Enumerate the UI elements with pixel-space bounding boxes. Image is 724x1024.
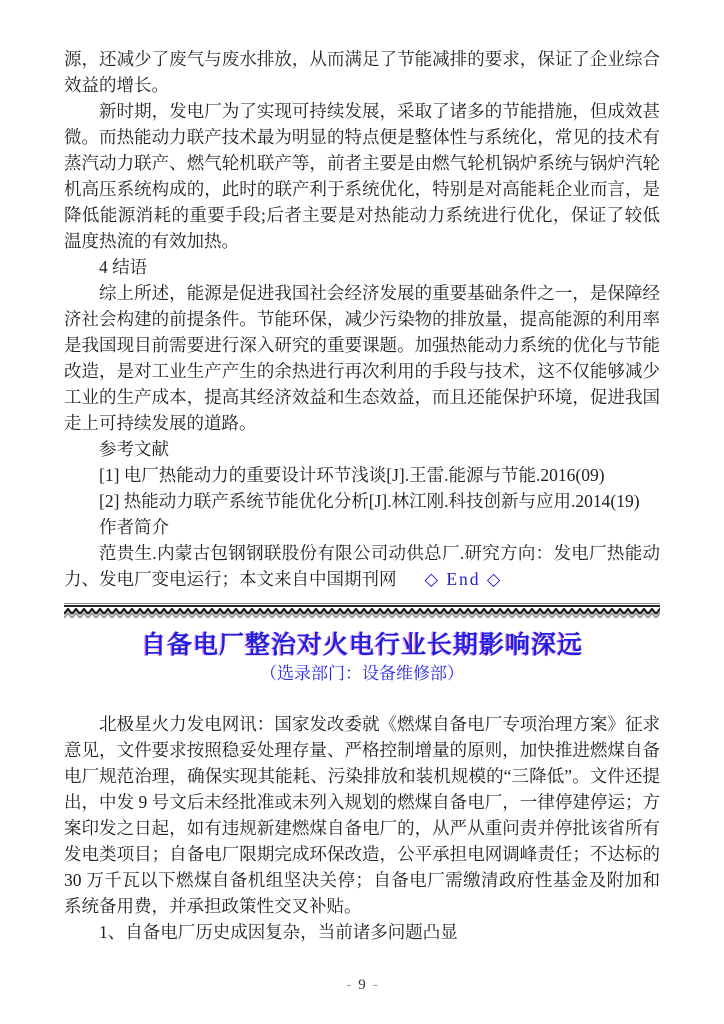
body-paragraph: 北极星火力发电网讯：国家发改委就《燃煤自备电厂专项治理方案》征求意见，文件要求按… [64,711,660,919]
page-content: 源，还减少了废气与废水排放，从而满足了节能减排的要求，保证了企业综合效益的增长。… [0,0,724,945]
section-heading-conclusion: 4 结语 [64,254,660,280]
body-paragraph-continuation: 源，还减少了废气与废水排放，从而满足了节能减排的要求，保证了企业综合效益的增长。 [64,46,660,98]
author-heading: 作者简介 [64,514,660,540]
article-title: 自备电厂整治对火电行业长期影响深远 [64,628,660,662]
body-paragraph: 综上所述，能源是促进我国社会经济发展的重要基础条件之一，是保障经济社会构建的前提… [64,280,660,436]
body-paragraph: 新时期，发电厂为了实现可持续发展，采取了诸多的节能措施，但成效甚微。而热能动力联… [64,98,660,254]
document-page: 源，还减少了废气与废水排放，从而满足了节能减排的要求，保证了企业综合效益的增长。… [0,0,724,1024]
author-bio-text: 范贵生.内蒙古包钢钢联股份有限公司动供总厂.研究方向：发电厂热能动力、发电厂变电… [64,543,660,589]
references-heading: 参考文献 [64,436,660,462]
page-footer: -9- [0,977,724,994]
reference-item: [2] 热能动力联产系统节能优化分析[J].林江刚.科技创新与应用.2014(1… [64,488,660,514]
zigzag-pattern [64,608,660,618]
article-captive-power: 自备电厂整治对火电行业长期影响深远 （选录部门：设备维修部） 北极星火力发电网讯… [64,628,660,945]
footer-dash-left: - [339,977,358,993]
article-end-mark: ◇ End ◇ [425,569,503,589]
footer-dash-right: - [366,977,385,993]
article-thermal-power: 源，还减少了废气与废水排放，从而满足了节能减排的要求，保证了企业综合效益的增长。… [64,46,660,592]
section-heading-1: 1、自备电厂历史成因复杂，当前诸多问题凸显 [64,919,660,945]
page-number: 9 [358,977,366,993]
section-divider [64,603,660,618]
divider-rule [64,603,660,607]
author-bio-paragraph: 范贵生.内蒙古包钢钢联股份有限公司动供总厂.研究方向：发电厂热能动力、发电厂变电… [64,540,660,592]
reference-item: [1] 电厂热能动力的重要设计环节浅谈[J].王雷.能源与节能.2016(09) [64,462,660,488]
article-subtitle: （选录部门：设备维修部） [64,662,660,686]
